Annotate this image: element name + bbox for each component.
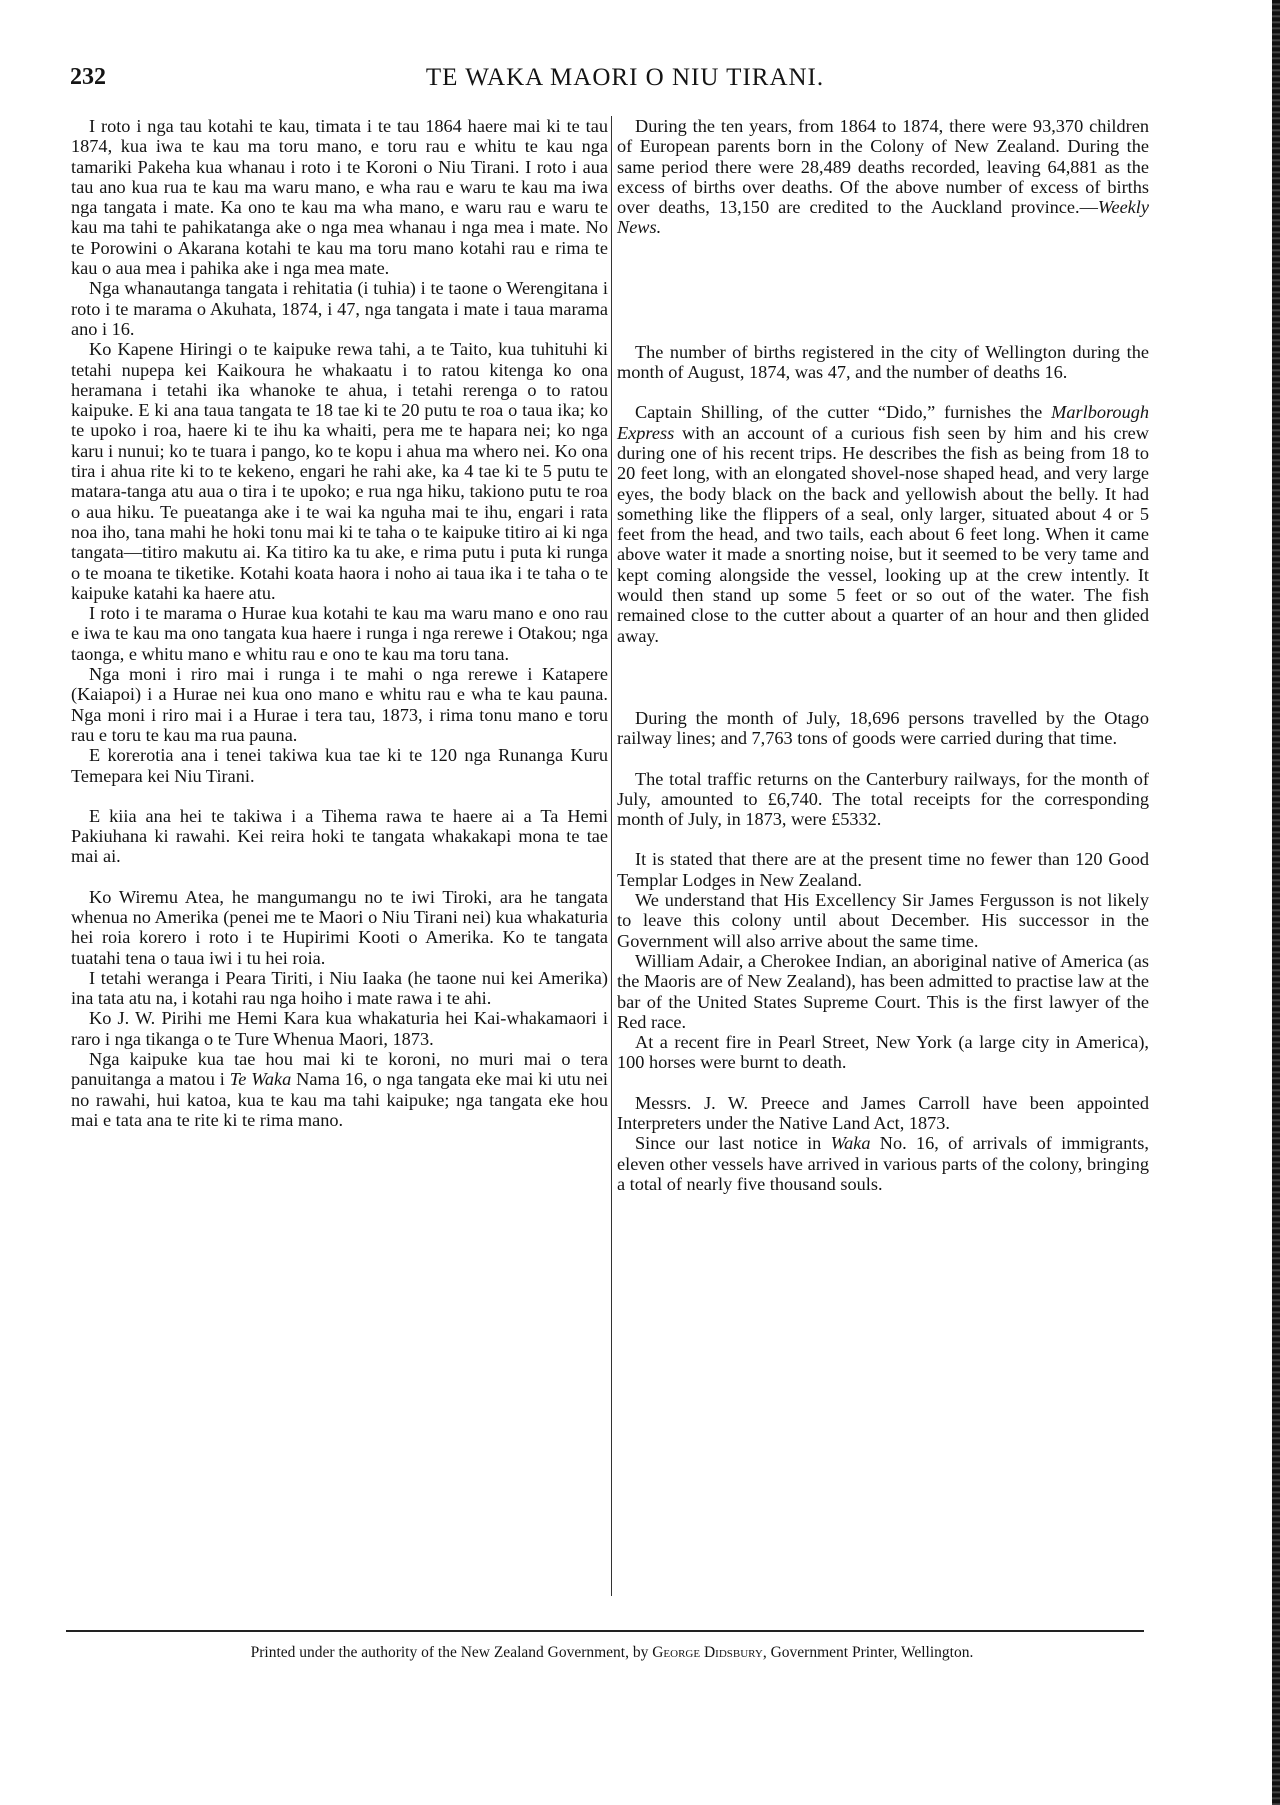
- paragraph-cherokee-lawyer-english: William Adair, a Cherokee Indian, an abo…: [617, 951, 1149, 1032]
- text-run: Captain Shilling, of the cutter “Dido,” …: [635, 402, 1042, 422]
- publication-title: Te Waka: [230, 1069, 291, 1089]
- spacer: [617, 300, 1149, 342]
- paragraph-curious-fish-maori: Ko Kapene Hiringi o te kaipuke rewa tahi…: [71, 339, 608, 603]
- paragraph-governor-english: We understand that His Excellency Sir Ja…: [617, 890, 1149, 951]
- spacer: [617, 1073, 1149, 1093]
- paragraph-good-templars-maori: E korerotia ana i tenei takiwa kua tae k…: [71, 745, 608, 786]
- paragraph-wellington-births-maori: Nga whanautanga tangata i rehitatia (i t…: [71, 278, 608, 339]
- printer-name: George Didsbury: [652, 1644, 763, 1661]
- paragraph-wellington-births-english: The number of births registered in the c…: [617, 342, 1149, 383]
- spacer: [617, 238, 1149, 300]
- imprint-suffix: , Government Printer, Wellington.: [763, 1644, 974, 1661]
- spacer: [617, 382, 1149, 402]
- paragraph-governor-maori: E kiia ana hei te takiwa i a Tihema rawa…: [71, 806, 608, 867]
- left-column-maori: I roto i nga tau kotahi te kau, timata i…: [71, 116, 608, 1130]
- paragraph-otago-railway-maori: I roto i te marama o Hurae kua kotahi te…: [71, 603, 608, 664]
- paragraph-canterbury-railway-english: The total traffic returns on the Canterb…: [617, 769, 1149, 830]
- spacer: [71, 867, 608, 887]
- spacer: [617, 646, 1149, 708]
- spacer: [617, 749, 1149, 769]
- paragraph-new-york-fire-english: At a recent fire in Pearl Street, New Yo…: [617, 1032, 1149, 1073]
- paragraph-immigrant-ships-english: Since our last notice in Waka No. 16, of…: [617, 1133, 1149, 1194]
- scan-edge-artifact: [1272, 0, 1280, 1805]
- paragraph-interpreters-maori: Ko J. W. Pirihi me Hemi Kara kua whakatu…: [71, 1008, 608, 1049]
- running-title: TE WAKA MAORI O NIU TIRANI.: [70, 64, 1180, 92]
- paragraph-immigrant-ships-maori: Nga kaipuke kua tae hou mai ki te koroni…: [71, 1049, 608, 1130]
- paragraph-canterbury-railway-maori: Nga moni i riro mai i runga i te mahi o …: [71, 664, 608, 745]
- paragraph-new-york-fire-maori: I tetahi weranga i Peara Tiriti, i Niu I…: [71, 968, 608, 1009]
- spacer: [71, 786, 608, 806]
- paragraph-good-templars-english: It is stated that there are at the prese…: [617, 849, 1149, 890]
- page-header: 232 TE WAKA MAORI O NIU TIRANI.: [70, 64, 1180, 98]
- spacer: [617, 829, 1149, 849]
- footer-rule: [66, 1630, 1144, 1632]
- right-column-english: During the ten years, from 1864 to 1874,…: [617, 116, 1149, 1194]
- printer-imprint: Printed under the authority of the New Z…: [72, 1644, 1152, 1662]
- column-divider: [611, 116, 612, 1596]
- paragraph-interpreters-english: Messrs. J. W. Preece and James Carroll h…: [617, 1093, 1149, 1134]
- text-run: Since our last notice in: [635, 1133, 821, 1153]
- publication-title: Waka: [831, 1133, 871, 1153]
- paragraph-curious-fish-english: Captain Shilling, of the cutter “Dido,” …: [617, 402, 1149, 646]
- paragraph-otago-railway-english: During the month of July, 18,696 persons…: [617, 708, 1149, 749]
- paragraph-cherokee-lawyer-maori: Ko Wiremu Atea, he mangumangu no te iwi …: [71, 887, 608, 968]
- imprint-prefix: Printed under the authority of the New Z…: [251, 1644, 653, 1661]
- text-run: with an account of a curious fish seen b…: [617, 423, 1149, 646]
- paragraph-births-deaths-maori: I roto i nga tau kotahi te kau, timata i…: [71, 116, 608, 278]
- paragraph-births-deaths-english: During the ten years, from 1864 to 1874,…: [617, 116, 1149, 238]
- text-run: During the ten years, from 1864 to 1874,…: [617, 116, 1149, 217]
